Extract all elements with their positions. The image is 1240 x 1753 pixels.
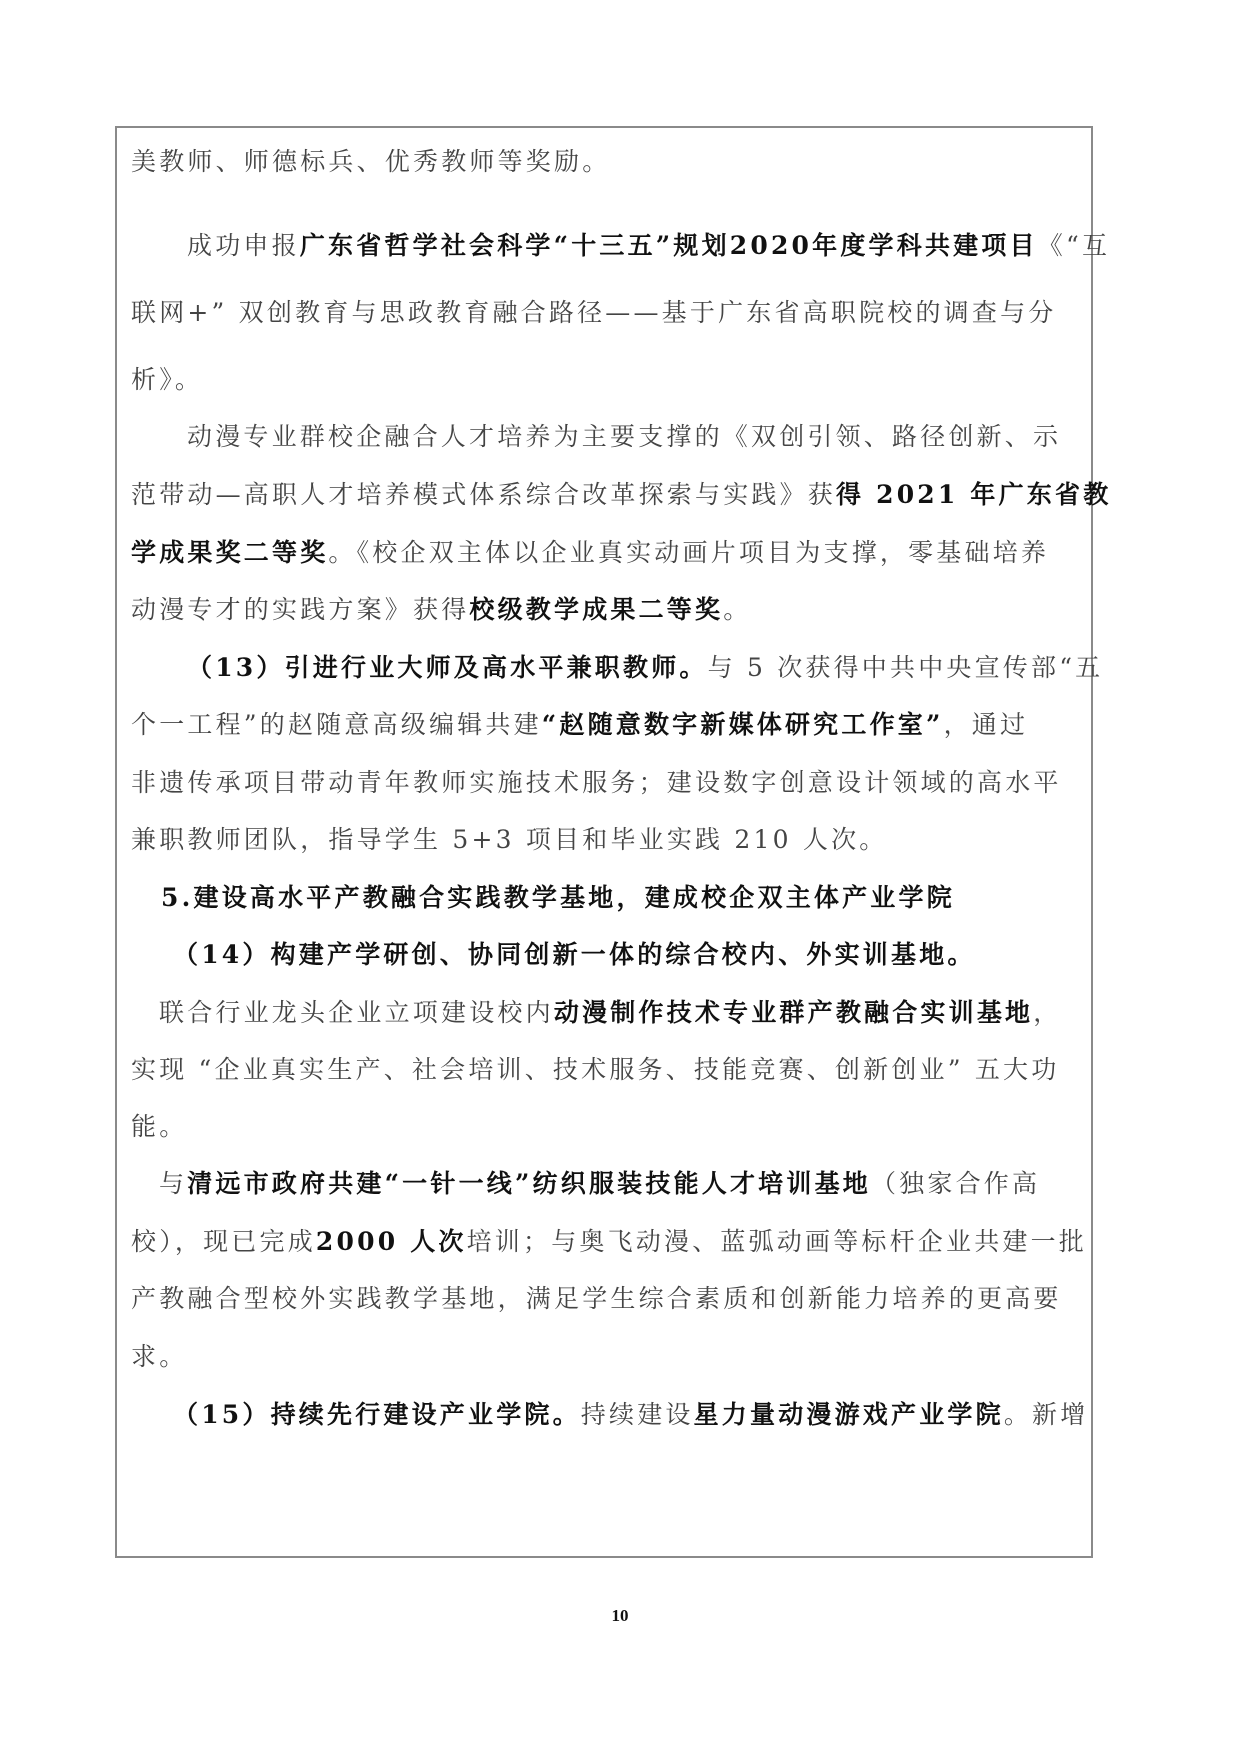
- text-line: 能。: [131, 1110, 1077, 1144]
- text-line: 求。: [131, 1340, 1077, 1374]
- text-line: 动漫专业群校企融合人才培养为主要支撑的《双创引领、路径创新、示: [131, 420, 1077, 454]
- page-number: 10: [0, 1606, 1240, 1626]
- bold-text-run: 得 2021 年广东省教: [836, 480, 1111, 509]
- text-line: （15）持续先行建设产业学院。持续建设星力量动漫游戏产业学院。新增: [131, 1398, 1077, 1432]
- text-line: （13）引进行业大师及高水平兼职教师。与 5 次获得中共中央宣传部“五: [131, 651, 1077, 685]
- bold-text-run: “赵随意数字新媒体研究工作室”: [542, 710, 944, 739]
- text-run: 联合行业龙头企业立项建设校内: [159, 998, 554, 1027]
- text-run: 析》。: [131, 365, 203, 394]
- text-run: 。: [723, 595, 751, 624]
- text-run: 。《校企双主体以企业真实动画片项目为支撑，零基础培养: [328, 538, 1049, 567]
- text-run: 与: [159, 1169, 187, 1198]
- bold-text-run: 清远市政府共建“一针一线”纺织服装技能人才培训基地: [187, 1169, 871, 1198]
- text-line: 非遗传承项目带动青年教师实施技术服务；建设数字创意设计领域的高水平: [131, 766, 1077, 800]
- text-run: 动漫专才的实践方案》获得: [131, 595, 469, 624]
- text-run: 范带动—高职人才培养模式体系综合改革探索与实践》获: [131, 480, 836, 509]
- text-run: 动漫专业群校企融合人才培养为主要支撑的《双创引领、路径创新、示: [187, 422, 1061, 451]
- bold-text-run: 星力量动漫游戏产业学院: [694, 1400, 1004, 1429]
- text-line: （14）构建产学研创、协同创新一体的综合校内、外实训基地。: [131, 938, 1077, 972]
- bold-text-run: 校级教学成果二等奖: [469, 595, 723, 624]
- text-line: 校），现已完成2000 人次培训；与奥飞动漫、蓝弧动画等标杆企业共建一批: [131, 1225, 1077, 1259]
- text-run: ，通过: [944, 710, 1029, 739]
- bold-text-run: （14）构建产学研创、协同创新一体的综合校内、外实训基地。: [173, 940, 976, 969]
- text-run: 能。: [131, 1112, 187, 1141]
- text-run: 个一工程”的赵随意高级编辑共建: [131, 710, 542, 739]
- text-line: 产教融合型校外实践教学基地，满足学生综合素质和创新能力培养的更高要: [131, 1282, 1077, 1316]
- text-run: 非遗传承项目带动青年教师实施技术服务；建设数字创意设计领域的高水平: [131, 768, 1062, 797]
- text-line: 析》。: [131, 363, 1077, 397]
- bold-text-run: 学成果奖二等奖: [131, 538, 328, 567]
- text-run: 实现 “企业真实生产、社会培训、技术服务、技能竞赛、创新创业” 五大功: [131, 1055, 1059, 1084]
- text-run: 。新增: [1004, 1400, 1089, 1429]
- text-run: 产教融合型校外实践教学基地，满足学生综合素质和创新能力培养的更高要: [131, 1284, 1062, 1313]
- text-run: 校），现已完成: [131, 1227, 316, 1256]
- text-run: 联网+” 双创教育与思政教育融合路径——基于广东省高职院校的调查与分: [131, 298, 1056, 327]
- bold-text-run: 5.建设高水平产教融合实践教学基地，建成校企双主体产业学院: [161, 883, 955, 912]
- text-line: 个一工程”的赵随意高级编辑共建“赵随意数字新媒体研究工作室”，通过: [131, 708, 1077, 742]
- text-run: 培训；与奥飞动漫、蓝弧动画等标杆企业共建一批: [467, 1227, 1087, 1256]
- text-run: 与 5 次获得中共中央宣传部“五: [708, 653, 1104, 682]
- text-line: 实现 “企业真实生产、社会培训、技术服务、技能竞赛、创新创业” 五大功: [131, 1053, 1077, 1087]
- bold-text-run: 广东省哲学社会科学“十三五”规划2020年度学科共建项目: [300, 231, 1038, 260]
- text-line: 动漫专才的实践方案》获得校级教学成果二等奖。: [131, 593, 1077, 627]
- text-run: 美教师、师德标兵、优秀教师等奖励。: [131, 147, 610, 176]
- bold-text-run: （15）持续先行建设产业学院。: [173, 1400, 581, 1429]
- text-line: 联合行业龙头企业立项建设校内动漫制作技术专业群产教融合实训基地，: [131, 996, 1077, 1030]
- text-run: 持续建设: [581, 1400, 694, 1429]
- text-run: ，: [1033, 998, 1061, 1027]
- bold-text-run: 动漫制作技术专业群产教融合实训基地: [554, 998, 1033, 1027]
- text-line: 美教师、师德标兵、优秀教师等奖励。: [131, 145, 1077, 179]
- text-run: 成功申报: [187, 231, 300, 260]
- text-line: 兼职教师团队，指导学生 5+3 项目和毕业实践 210 人次。: [131, 823, 1077, 857]
- text-line: 学成果奖二等奖。《校企双主体以企业真实动画片项目为支撑，零基础培养: [131, 536, 1077, 570]
- text-run: 求。: [131, 1342, 187, 1371]
- text-run: 兼职教师团队，指导学生 5+3 项目和毕业实践 210 人次。: [131, 825, 887, 854]
- text-line: 范带动—高职人才培养模式体系综合改革探索与实践》获得 2021 年广东省教: [131, 478, 1077, 512]
- text-line: 成功申报广东省哲学社会科学“十三五”规划2020年度学科共建项目《“互: [131, 229, 1077, 263]
- text-line: 联网+” 双创教育与思政教育融合路径——基于广东省高职院校的调查与分: [131, 296, 1077, 330]
- text-line: 与清远市政府共建“一针一线”纺织服装技能人才培训基地（独家合作高: [131, 1167, 1077, 1201]
- text-run: 《“互: [1038, 231, 1110, 260]
- text-run: （独家合作高: [871, 1169, 1040, 1198]
- bold-text-run: （13）引进行业大师及高水平兼职教师。: [187, 653, 708, 682]
- text-line: 5.建设高水平产教融合实践教学基地，建成校企双主体产业学院: [131, 881, 1077, 915]
- bold-text-run: 2000 人次: [316, 1227, 467, 1256]
- content-box: 美教师、师德标兵、优秀教师等奖励。成功申报广东省哲学社会科学“十三五”规划202…: [115, 126, 1093, 1558]
